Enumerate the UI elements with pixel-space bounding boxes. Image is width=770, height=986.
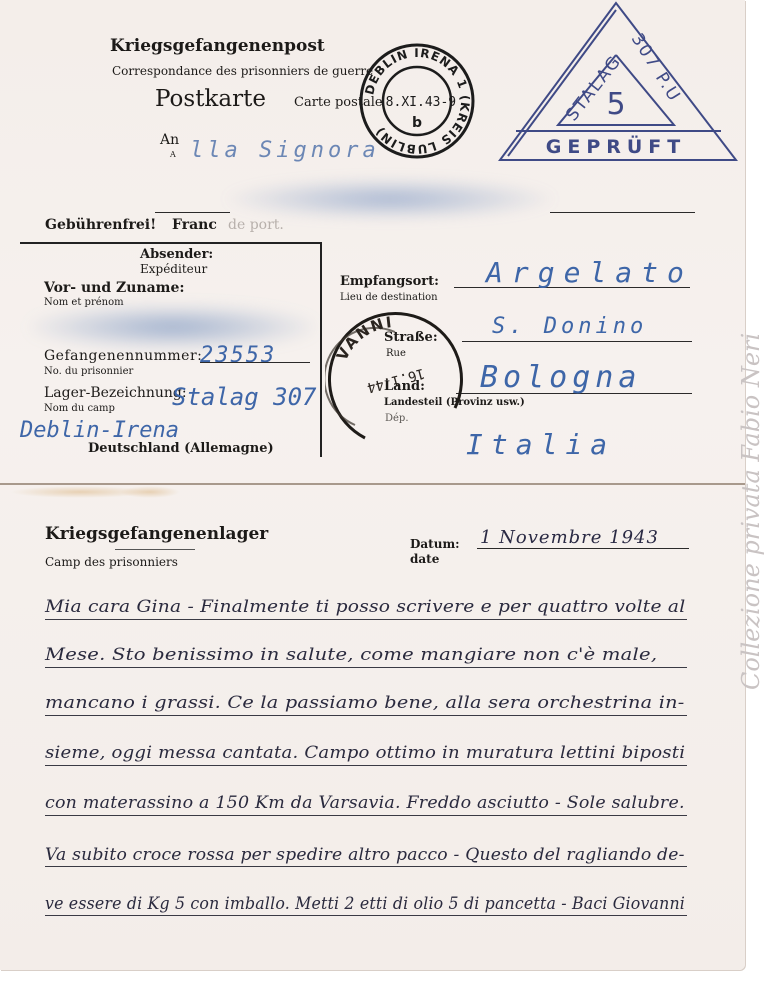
date-line	[477, 548, 689, 549]
sender-country: Deutschland (Allemagne)	[88, 441, 274, 456]
destination-line-street	[462, 341, 692, 342]
prisoner-number-label-fr: No. du prisonnier	[44, 366, 133, 377]
recipient-line	[155, 212, 230, 213]
letter-line: Mia cara Gina - Finalmente ti posso scri…	[45, 597, 685, 617]
svg-text:5: 5	[606, 87, 625, 122]
letter-line: mancano i grassi. Ce la passiamo bene, a…	[45, 693, 685, 713]
date-label-fr: date	[410, 552, 439, 566]
svg-text:GEPRÜFT: GEPRÜFT	[546, 134, 687, 158]
fold-line	[0, 483, 745, 485]
postmark-deblin-icon: DEBLIN IRENA 1 (KREIS LUBLIN) -8.XI.43-9…	[358, 42, 476, 160]
camp-label-fr: Nom du camp	[44, 403, 115, 414]
recipient-salutation: lla Signora	[190, 138, 380, 163]
postcard: Kriegsgefangenenpost Correspondance des …	[0, 0, 745, 970]
sender-heading: Absender:	[140, 247, 213, 262]
letter-line: ve essere di Kg 5 con imballo. Metti 2 e…	[45, 894, 685, 914]
prisoner-number-line	[200, 362, 310, 363]
destination-province: Bologna	[480, 360, 641, 395]
postage-free-fr: Franc	[172, 217, 217, 233]
camp-value: Stalag 307	[172, 383, 317, 411]
sender-heading-fr: Expéditeur	[140, 262, 207, 276]
destination-place: Argelato	[486, 256, 693, 289]
letter-line-rule	[45, 619, 687, 620]
date-label: Datum:	[410, 537, 460, 551]
camp-value-location: Deblin-Irena	[20, 418, 179, 443]
destination-place-label-fr: Lieu de destination	[340, 292, 438, 303]
postmark-arrival-icon: VANNI 16.1.44	[325, 310, 467, 452]
camp-heading-underline	[115, 549, 195, 550]
destination-country: Italia	[466, 428, 615, 461]
destination-place-label: Empfangsort:	[340, 274, 439, 289]
svg-text:b: b	[412, 115, 422, 131]
camp-label: Lager-Bezeichnung:	[44, 385, 187, 401]
letter-line-rule	[45, 765, 687, 766]
to-label-fr: A	[170, 150, 176, 159]
paper-stain	[120, 486, 180, 498]
sender-box-top-border	[20, 242, 322, 244]
letter-line-rule	[45, 667, 687, 668]
postage-free: Gebührenfrei!	[45, 217, 156, 233]
to-label: An	[160, 132, 179, 148]
card-type: Postkarte	[155, 86, 266, 112]
destination-street: S. Donino	[492, 314, 647, 339]
collection-watermark: Collezione privata Fabio Neri	[737, 333, 765, 690]
camp-heading: Kriegsgefangenenlager	[45, 524, 268, 544]
camp-heading-fr: Camp des prisonniers	[45, 555, 178, 569]
svg-text:307 P.U: 307 P.U	[627, 30, 685, 106]
letter-line: sieme, oggi messa cantata. Campo ottimo …	[45, 743, 685, 763]
letter-date: 1 Novembre 1943	[480, 527, 659, 548]
svg-text:-8.XI.43-9: -8.XI.43-9	[378, 95, 456, 110]
prisoner-number-label: Gefangenennummer:	[44, 348, 202, 364]
letter-line: Va subito croce rossa per spedire altro …	[45, 845, 685, 865]
postcard-subtitle: Correspondance des prisonniers de guerre	[112, 64, 373, 78]
prisoner-number: 23553	[200, 343, 276, 368]
letter-line-rule	[45, 915, 687, 916]
letter-line: con materassino a 150 Km da Varsavia. Fr…	[45, 793, 685, 813]
postcard-title: Kriegsgefangenenpost	[110, 36, 325, 56]
letter-line-rule	[45, 815, 687, 816]
letter-line-rule	[45, 715, 687, 716]
censor-triangle-stamp-icon: STALAG 307 P.U 5 GEPRÜFT	[496, 0, 738, 165]
svg-text:16.1.44: 16.1.44	[365, 365, 426, 396]
letter-line: Mese. Sto benissimo in salute, come mang…	[45, 645, 657, 665]
letter-line-rule	[45, 866, 687, 867]
recipient-line-right	[550, 212, 695, 213]
redacted-recipient-name	[225, 178, 555, 220]
sender-box-divider	[320, 242, 322, 457]
postage-free-fr-faded: de port.	[228, 217, 284, 233]
sender-name-label: Vor- und Zuname:	[44, 280, 185, 296]
